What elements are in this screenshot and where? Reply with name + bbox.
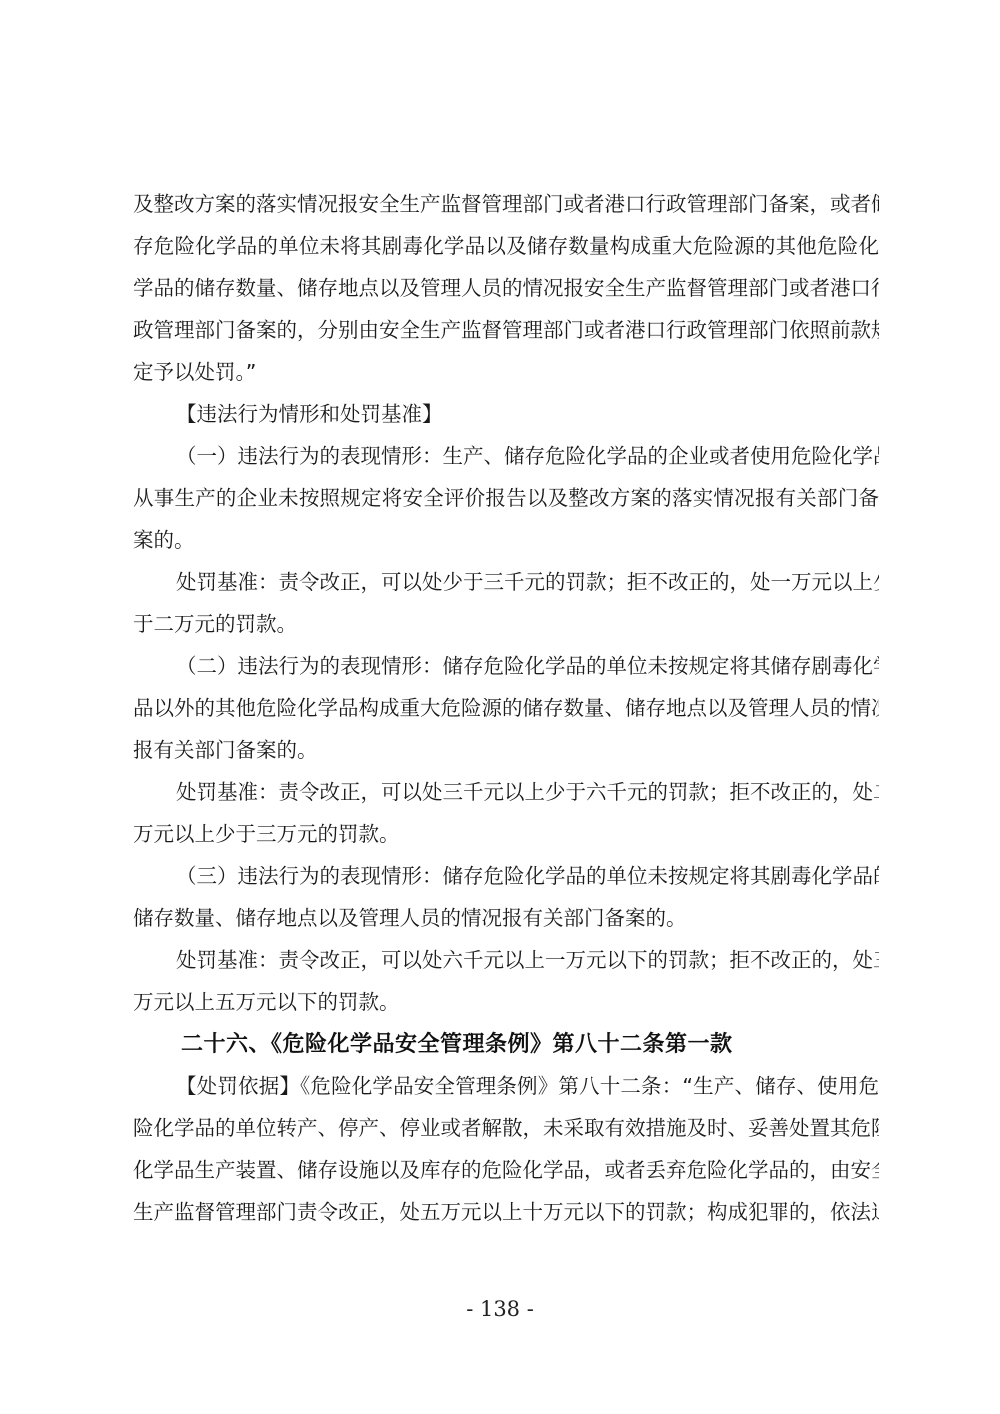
section-heading: 二十六、《危险化学品安全管理条例》第八十二条第一款 xyxy=(133,1023,879,1065)
text-line: 案的。 xyxy=(133,519,879,561)
text-line: 及整改方案的落实情况报安全生产监督管理部门或者港口行政管理部门备案，或者储 xyxy=(133,183,879,225)
text-line: 存危险化学品的单位未将其剧毒化学品以及储存数量构成重大危险源的其他危险化 xyxy=(133,225,879,267)
text-line: 生产监督管理部门责令改正，处五万元以上十万元以下的罚款；构成犯罪的，依法追 xyxy=(133,1191,879,1233)
penalty-standard-3: 处罚基准：责令改正，可以处六千元以上一万元以下的罚款；拒不改正的，处三 xyxy=(133,939,879,981)
document-page: 及整改方案的落实情况报安全生产监督管理部门或者港口行政管理部门备案，或者储 存危… xyxy=(0,0,1000,1414)
text-line: 报有关部门备案的。 xyxy=(133,729,879,771)
text-line: 从事生产的企业未按照规定将安全评价报告以及整改方案的落实情况报有关部门备 xyxy=(133,477,879,519)
text-line: 万元以上五万元以下的罚款。 xyxy=(133,981,879,1023)
page-body: 及整改方案的落实情况报安全生产监督管理部门或者港口行政管理部门备案，或者储 存危… xyxy=(133,183,879,1233)
violation-case-3: （三）违法行为的表现情形：储存危险化学品的单位未按规定将其剧毒化学品的 xyxy=(133,855,879,897)
page-number: - 138 - xyxy=(0,1297,1000,1321)
penalty-standard-2: 处罚基准：责令改正，可以处三千元以上少于六千元的罚款；拒不改正的，处二 xyxy=(133,771,879,813)
violation-case-1: （一）违法行为的表现情形：生产、储存危险化学品的企业或者使用危险化学品 xyxy=(133,435,879,477)
violation-case-2: （二）违法行为的表现情形：储存危险化学品的单位未按规定将其储存剧毒化学 xyxy=(133,645,879,687)
text-line: 于二万元的罚款。 xyxy=(133,603,879,645)
text-line: 储存数量、储存地点以及管理人员的情况报有关部门备案的。 xyxy=(133,897,879,939)
text-line: 品以外的其他危险化学品构成重大危险源的储存数量、储存地点以及管理人员的情况 xyxy=(133,687,879,729)
text-line: 学品的储存数量、储存地点以及管理人员的情况报安全生产监督管理部门或者港口行 xyxy=(133,267,879,309)
text-line: 险化学品的单位转产、停产、停业或者解散，未采取有效措施及时、妥善处置其危险 xyxy=(133,1107,879,1149)
text-line: 化学品生产装置、储存设施以及库存的危险化学品，或者丢弃危险化学品的，由安全 xyxy=(133,1149,879,1191)
subsection-label: 【违法行为情形和处罚基准】 xyxy=(133,393,879,435)
text-line: 政管理部门备案的，分别由安全生产监督管理部门或者港口行政管理部门依照前款规 xyxy=(133,309,879,351)
text-line: 万元以上少于三万元的罚款。 xyxy=(133,813,879,855)
text-line: 定予以处罚。” xyxy=(133,351,879,393)
penalty-basis: 【处罚依据】《危险化学品安全管理条例》第八十二条：“生产、储存、使用危 xyxy=(133,1065,879,1107)
penalty-standard-1: 处罚基准：责令改正，可以处少于三千元的罚款；拒不改正的，处一万元以上少 xyxy=(133,561,879,603)
